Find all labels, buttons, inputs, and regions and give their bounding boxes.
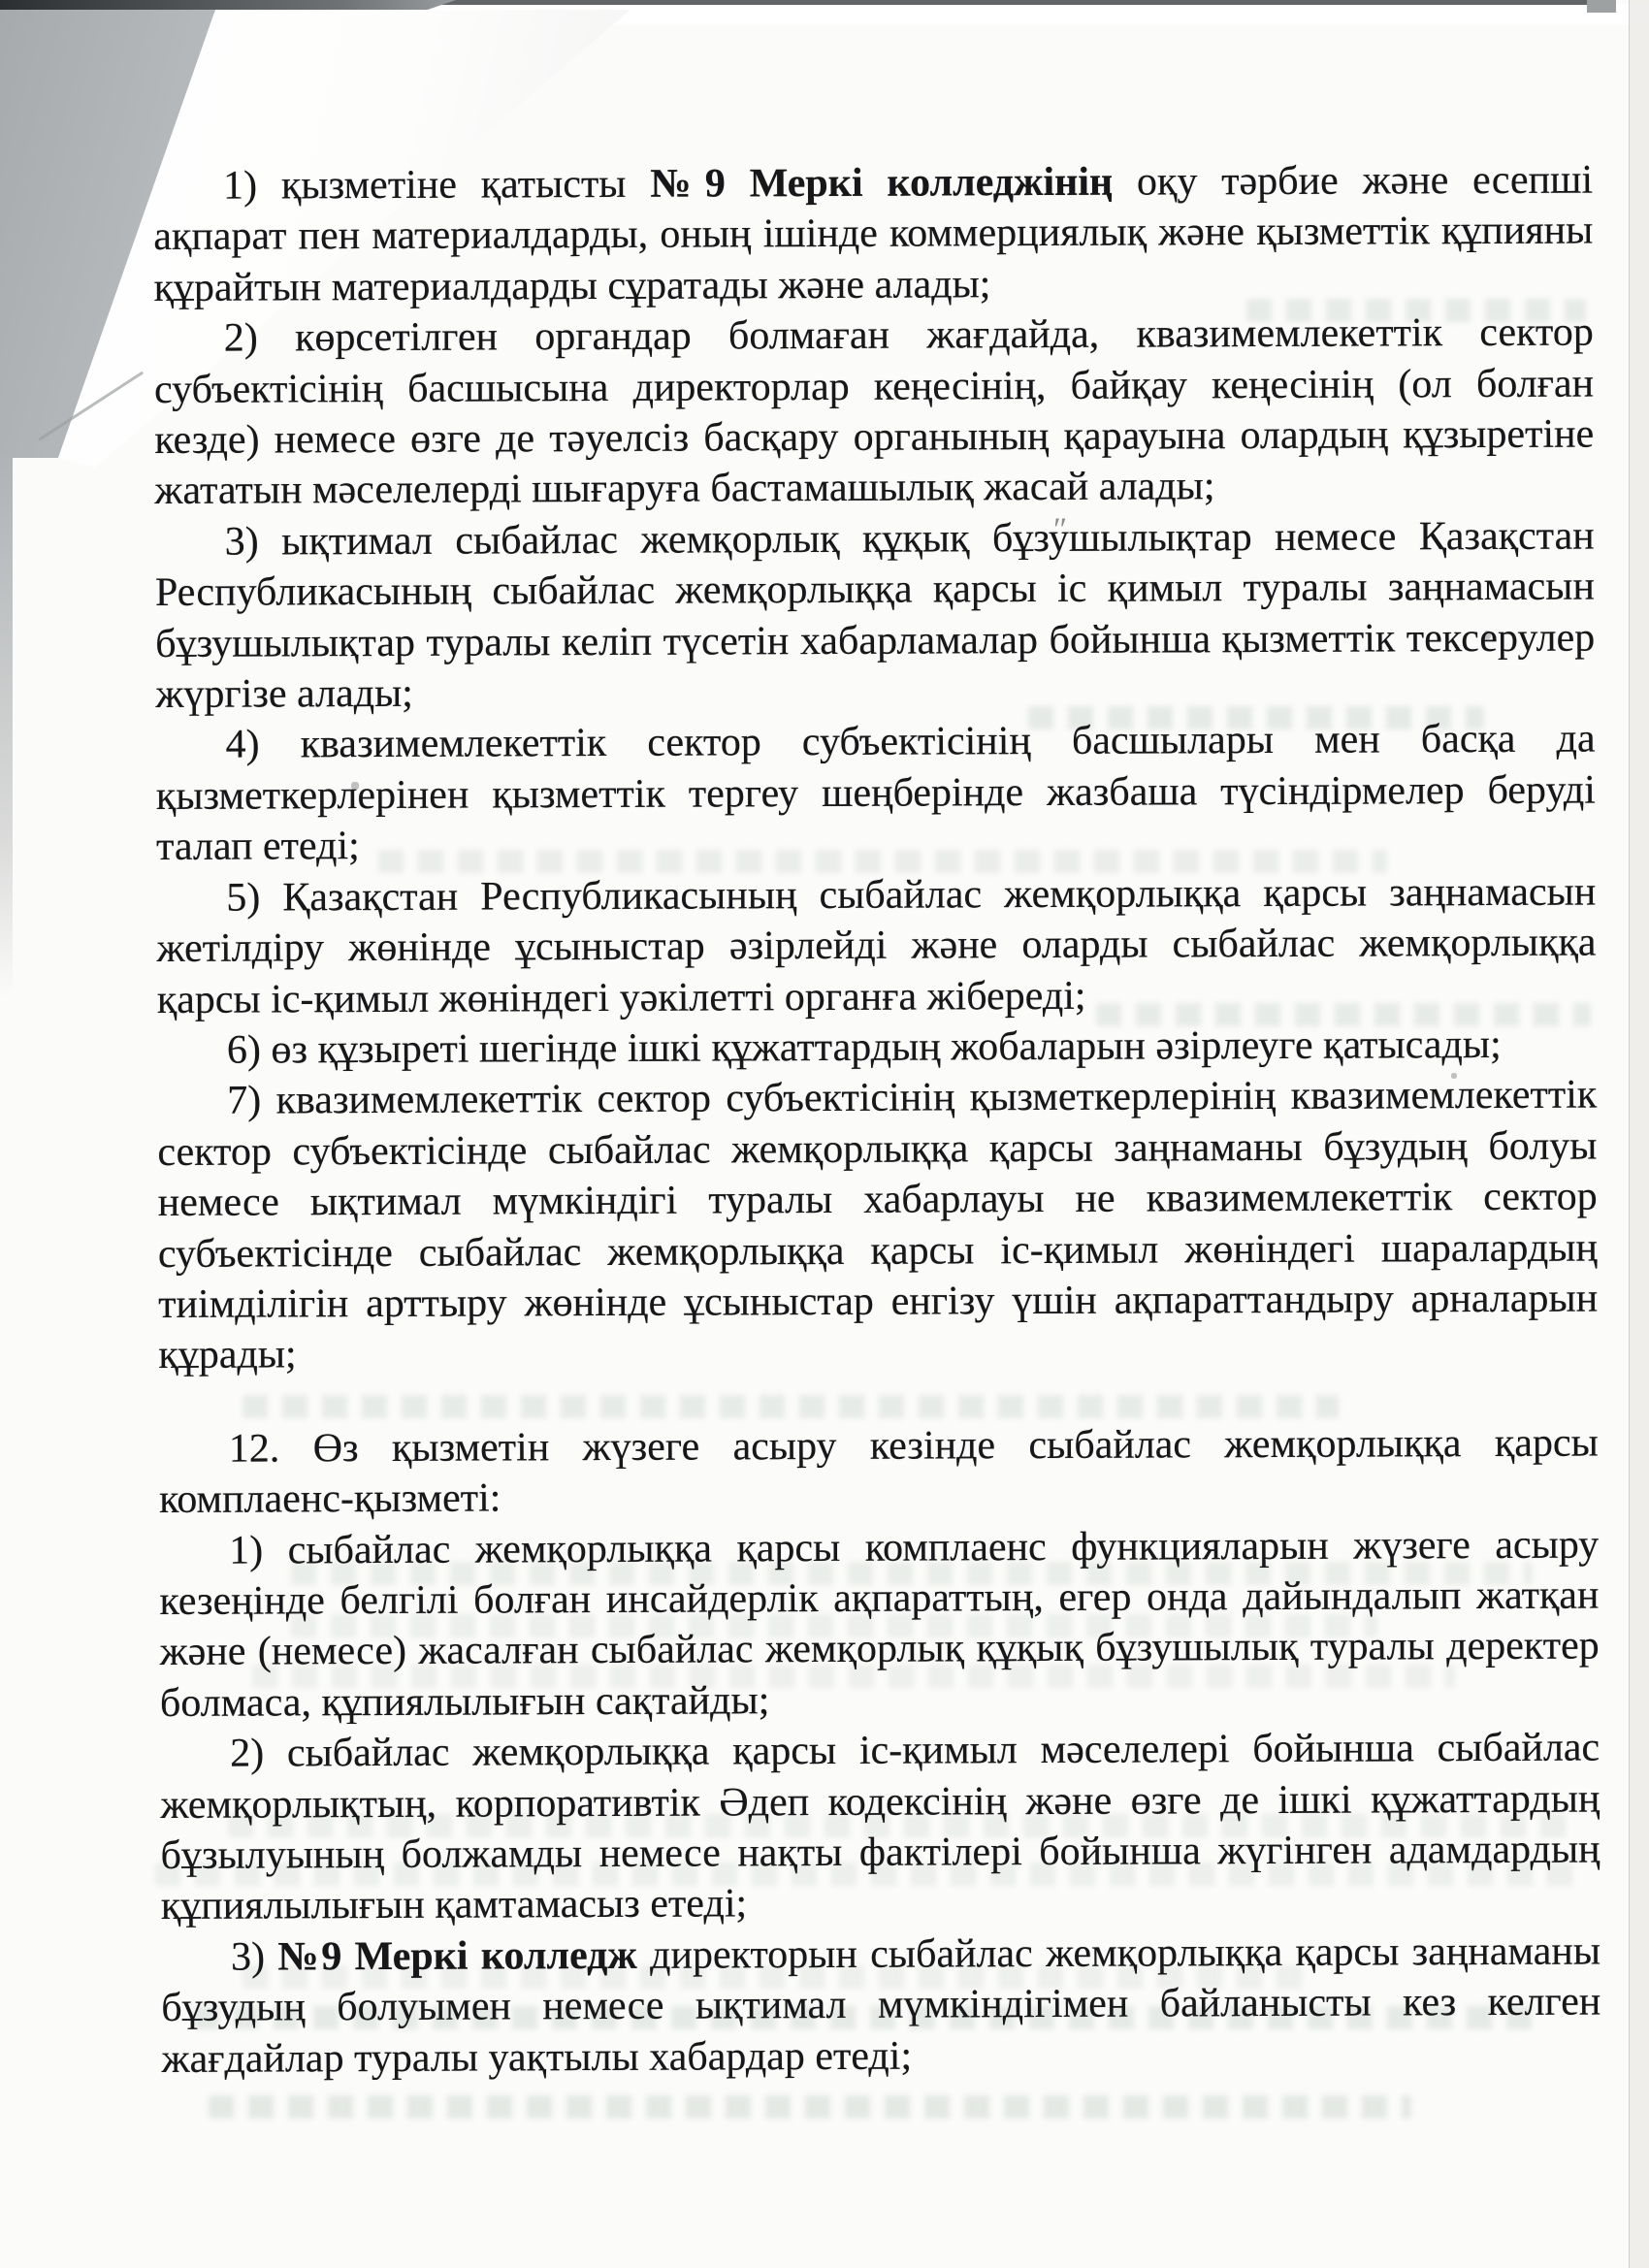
paragraph-item-6: 6) өз құзыреті шегінде ішкі құжаттардың …: [157, 1019, 1597, 1076]
paragraph-item-4: 4) квазимемлекеттік сектор субъектісінің…: [156, 714, 1597, 873]
scan-left-edge-strip: [0, 454, 13, 997]
text-segment: 5) Қазақстан Республикасының сыбайлас же…: [156, 869, 1596, 1021]
document-text: 1) қызметіне қатысты №9 Меркі колледжіні…: [153, 155, 1601, 2085]
text-segment: 12. Өз қызметін жүзеге асыру кезінде сыб…: [159, 1420, 1599, 1522]
text-segment: 6) өз құзыреті шегінде ішкі құжаттардың …: [227, 1022, 1502, 1073]
paragraph-item-2: 2) көрсетілген органдар болмаған жағдайд…: [154, 308, 1595, 517]
bold-text-segment: №9 Меркі колледж: [277, 1933, 637, 1980]
paragraph-item-1: 1) қызметіне қатысты №9 Меркі колледжіні…: [153, 155, 1594, 314]
paragraph-item-12-2: 2) сыбайлас жемқорлыққа қарсы іс-қимыл м…: [160, 1723, 1600, 1932]
paragraph-item-12: 12. Өз қызметін жүзеге асыру кезінде сыб…: [159, 1417, 1599, 1525]
text-segment: 1) қызметіне қатысты: [223, 162, 650, 209]
text-segment: 3) ықтимал сыбайлас жемқорлық құқық бұзу…: [155, 513, 1595, 717]
text-segment: 2) көрсетілген органдар болмаған жағдайд…: [154, 310, 1594, 514]
scan-top-right-notch: [1587, 0, 1616, 13]
scanned-page: ʺ 1) қызметіне қатысты №9 Меркі колледжі…: [0, 0, 1649, 2268]
paragraph-item-12-1: 1) сыбайлас жемқорлыққа қарсы комплаенс …: [159, 1519, 1600, 1729]
text-segment: 1) сыбайлас жемқорлыққа қарсы комплаенс …: [159, 1522, 1599, 1726]
text-segment: 2) сыбайлас жемқорлыққа қарсы іс-қимыл м…: [160, 1726, 1600, 1929]
bold-text-segment: №9 Меркі колледжінің: [650, 160, 1113, 207]
scan-right-edge-strip: [1629, 0, 1649, 2268]
paragraph-item-5: 5) Қазақстан Республикасының сыбайлас же…: [156, 866, 1597, 1025]
paragraph-item-7: 7) квазимемлекеттік сектор субъектісінің…: [157, 1070, 1598, 1381]
bleed-through-line: [209, 2095, 1411, 2119]
text-segment: 3): [231, 1934, 277, 1979]
text-segment: 4) квазимемлекеттік сектор субъектісінің…: [156, 717, 1596, 869]
paragraph-item-3: 3) ықтимал сыбайлас жемқорлық құқық бұзу…: [155, 510, 1596, 720]
paragraph-item-12-3: 3) №9 Меркі колледж директорын сыбайлас …: [161, 1926, 1601, 2085]
text-segment: 7) квазимемлекеттік сектор субъектісінің…: [157, 1073, 1598, 1378]
